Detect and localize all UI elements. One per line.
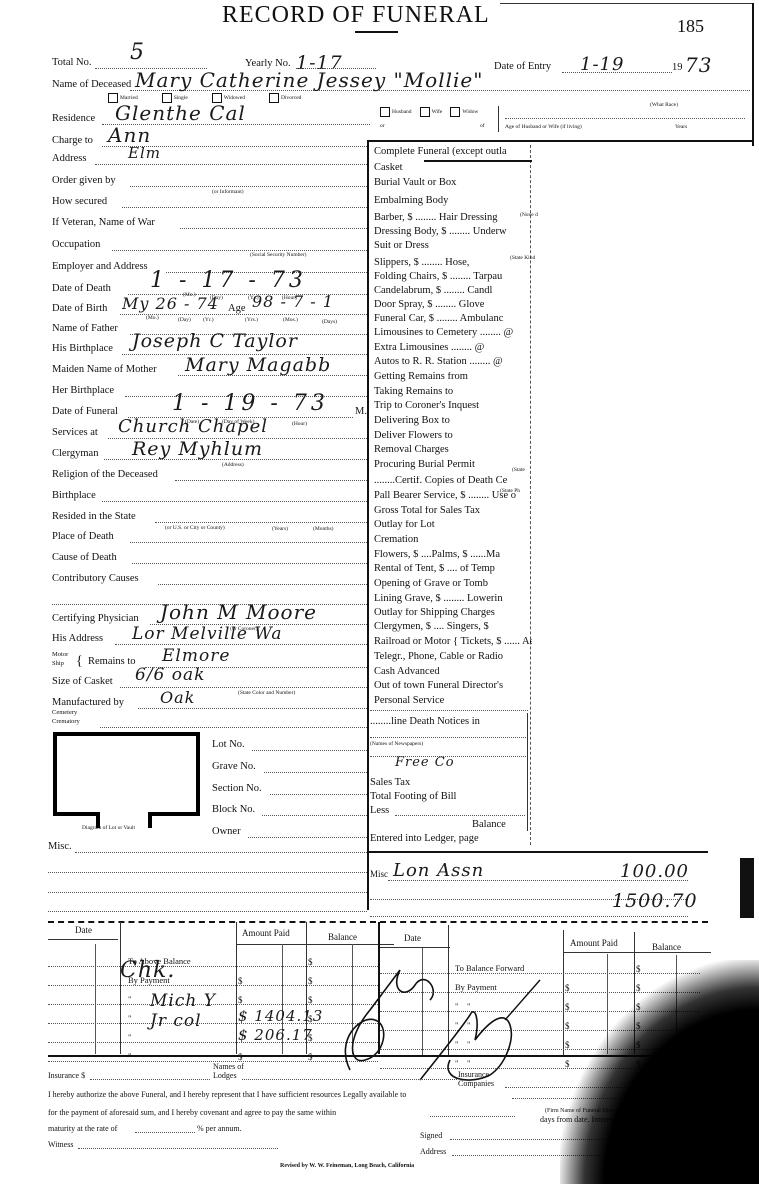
charge-item[interactable]: Cash Advanced xyxy=(374,667,532,678)
charge-item[interactable]: Clergymen, $ .... Singers, $ xyxy=(374,622,532,633)
payment-desc: " xyxy=(128,1013,131,1023)
charge-item[interactable]: Slippers, $ ........ Hose, xyxy=(374,258,532,269)
charge-item[interactable]: Personal Service xyxy=(374,696,532,707)
panel-left-border xyxy=(367,140,369,910)
maiden-name-value[interactable]: Mary Magabb xyxy=(185,356,331,375)
charge-item[interactable]: ........Certif. Copies of Death Ce xyxy=(374,476,532,487)
clergyman-label: Clergyman xyxy=(52,449,98,460)
age-label: Age xyxy=(228,304,246,315)
sales-tax-label: Sales Tax xyxy=(370,778,410,789)
age-yrs-note: (Yrs.) xyxy=(245,318,258,324)
section-no-label: Section No. xyxy=(212,784,262,795)
year-value[interactable]: 73 xyxy=(685,55,712,75)
cause-of-death-field[interactable] xyxy=(132,563,367,564)
charge-item[interactable]: Removal Charges xyxy=(374,445,532,456)
misc-label: Misc. xyxy=(48,842,72,853)
charge-item[interactable]: Extra Limousines ........ @ xyxy=(374,343,532,354)
block-no-label: Block No. xyxy=(212,805,255,816)
authorization-line-1: I hereby authorize the above Funeral, an… xyxy=(48,1090,406,1099)
date-of-death-label: Date of Death xyxy=(52,284,111,295)
spouse-group: Husband Wife Widow xyxy=(380,107,478,117)
misc-right-line xyxy=(388,880,688,881)
religion-field[interactable] xyxy=(175,480,367,481)
charge-item[interactable]: Getting Remains from xyxy=(374,372,532,383)
occupation-label: Occupation xyxy=(52,240,100,251)
charge-item[interactable]: Autos to R. R. Station ........ @ xyxy=(374,357,532,368)
date-of-funeral-value[interactable]: 1 - 19 - 73 xyxy=(172,393,329,415)
payment-balance[interactable]: $ xyxy=(308,1014,313,1024)
state-ph-note: (State Ph xyxy=(500,489,520,495)
resided-field[interactable] xyxy=(155,522,367,523)
manufactured-line xyxy=(138,708,367,709)
his-address-label: His Address xyxy=(52,634,103,645)
total-footing-label: Total Footing of Bill xyxy=(370,792,456,803)
payment-row[interactable] xyxy=(48,966,378,967)
charge-item[interactable]: Out of town Funeral Director's xyxy=(374,681,532,692)
misc-right-total[interactable]: 1500.70 xyxy=(612,892,698,911)
veteran-war-label: If Veteran, Name of War xyxy=(52,218,155,229)
left-payment-hw-4[interactable]: Jr col xyxy=(150,1013,202,1030)
place-of-death-field[interactable] xyxy=(130,542,367,543)
of-label: of xyxy=(480,124,485,130)
her-birthplace-label: Her Birthplace xyxy=(52,386,114,397)
left-col-2 xyxy=(236,922,237,1054)
certifying-physician-label: Certifying Physician xyxy=(52,614,139,625)
charge-to-label: Charge to xyxy=(52,136,93,147)
owner-field[interactable] xyxy=(248,837,367,838)
payment-amount[interactable]: $ xyxy=(238,1052,243,1062)
contributory-causes-field[interactable] xyxy=(158,584,367,585)
misc-right-entry[interactable]: Lon Assn xyxy=(393,862,484,880)
certifying-physician-value[interactable]: John M Moore xyxy=(160,602,317,622)
right-date-rule xyxy=(380,947,450,948)
place-of-death-label: Place of Death xyxy=(52,532,114,543)
resided-in-state-label: Resided in the State xyxy=(52,512,136,523)
charge-item[interactable]: Door Spray, $ ........ Glove xyxy=(374,300,532,311)
payment-balance[interactable]: $ xyxy=(308,1033,313,1043)
checkbox-husband[interactable]: Husband xyxy=(380,107,412,117)
his-address-value[interactable]: Lor Melville Wa xyxy=(132,626,282,643)
insurance-companies-label-1: Insurance xyxy=(458,1070,489,1079)
charge-item[interactable]: Procuring Burial Permit xyxy=(374,460,532,471)
signature-scribble xyxy=(330,960,570,1090)
grave-no-field[interactable] xyxy=(264,772,367,773)
scan-edge xyxy=(740,858,754,918)
age-of-spouse-label: Age of Husband or Wife (if living) xyxy=(505,125,582,131)
date-of-birth-label: Date of Birth xyxy=(52,304,107,315)
charge-item[interactable]: Cremation xyxy=(374,535,532,546)
misc-right-line-3 xyxy=(370,916,688,917)
per-annum-label: % per annum. xyxy=(197,1124,242,1133)
charge-to-value[interactable]: Ann xyxy=(108,125,151,145)
what-race-note: (What Race) xyxy=(650,103,678,109)
right-balance-header: Balance xyxy=(652,942,681,952)
clergyman-value[interactable]: Rey Myhlum xyxy=(132,440,263,459)
address-line xyxy=(95,164,367,165)
address-label: Address xyxy=(52,154,86,165)
resided-note-1: (or U.S. or City or County) xyxy=(165,526,225,532)
charge-item[interactable]: Suit or Dress xyxy=(374,241,532,252)
diagram-left-foot xyxy=(53,812,100,816)
lot-no-field[interactable] xyxy=(252,750,367,751)
how-secured-field[interactable] xyxy=(122,207,367,208)
his-birthplace-value[interactable]: Joseph C Taylor xyxy=(132,332,298,351)
cause-of-death-label: Cause of Death xyxy=(52,553,117,564)
right-date-header: Date xyxy=(404,933,421,943)
crematory-label: Crematory xyxy=(52,719,80,726)
charge-item[interactable]: Taking Remains to xyxy=(374,387,532,398)
insurance-companies-label-2: Companies xyxy=(458,1079,494,1088)
payment-amount[interactable]: $ 206.17 xyxy=(238,1028,313,1043)
left-amount-rule xyxy=(236,944,394,945)
meridiem: M. xyxy=(355,407,367,418)
state-kind-note: (State Kind xyxy=(510,256,535,262)
charge-item[interactable]: Rental of Tent, $ .... of Temp xyxy=(374,564,532,575)
payment-balance[interactable]: $ xyxy=(308,957,313,967)
ledger-bottom-border xyxy=(368,851,708,853)
charge-item[interactable]: Deliver Flowers to xyxy=(374,431,532,442)
charge-item[interactable]: Opening of Grave or Tomb xyxy=(374,579,532,590)
charge-item[interactable]: Embalming Body xyxy=(374,196,532,207)
date-of-funeral-label: Date of Funeral xyxy=(52,407,118,418)
balance-label: Balance xyxy=(472,820,506,831)
his-address-line xyxy=(115,644,367,645)
less-line xyxy=(395,815,525,816)
authorization-line-2: for the payment of aforesaid sum, and I … xyxy=(48,1108,336,1117)
lot-diagram xyxy=(53,732,200,816)
days-field[interactable] xyxy=(430,1116,515,1117)
brace xyxy=(498,106,499,132)
payment-row[interactable] xyxy=(48,985,378,986)
checkbox-widow[interactable]: Widow xyxy=(450,107,478,117)
charge-item[interactable]: Railroad or Motor { Tickets, $ ...... Ae… xyxy=(374,637,532,648)
cemetery-label: Cemetery xyxy=(52,710,77,717)
block-no-field[interactable] xyxy=(262,815,367,816)
left-date-rule xyxy=(48,939,118,940)
birthplace-field[interactable] xyxy=(102,501,367,502)
extra-line xyxy=(370,710,528,711)
charge-item[interactable]: Dressing Body, $ ........ Underw xyxy=(374,227,532,238)
address-note: (Address) xyxy=(222,463,244,469)
remains-to-label: Remains to xyxy=(88,657,136,668)
date-of-entry-value[interactable]: 1-19 xyxy=(580,56,624,74)
payment-amount[interactable]: $ xyxy=(238,976,243,986)
insurance-field[interactable] xyxy=(90,1079,210,1080)
charge-item[interactable]: Outlay for Lot xyxy=(374,520,532,531)
death-notices-label: ........line Death Notices in xyxy=(370,717,480,728)
order-given-by-label: Order given by xyxy=(52,176,116,187)
size-of-casket-label: Size of Casket xyxy=(52,677,113,688)
revised-credit: Revised by W. W. Feineman, Long Beach, C… xyxy=(280,1163,414,1169)
date-of-entry-label: Date of Entry xyxy=(494,62,551,73)
charge-item[interactable]: Delivering Box to xyxy=(374,416,532,427)
payment-balance[interactable]: $ xyxy=(308,1052,313,1062)
ledger-label: Entered into Ledger, page xyxy=(370,834,479,845)
payment-row[interactable] xyxy=(48,1042,378,1043)
services-at-value[interactable]: Church Chapel xyxy=(118,418,268,436)
signed-label: Signed xyxy=(420,1131,442,1140)
left-balance-header: Balance xyxy=(328,932,357,942)
owner-label: Owner xyxy=(212,827,241,838)
insurance-label: Insurance $ xyxy=(48,1071,85,1080)
right-amount-header: Amount Paid xyxy=(570,938,618,948)
header-underline xyxy=(424,160,532,162)
rate-field[interactable] xyxy=(135,1132,195,1133)
dob-mo-note: (Mo.) xyxy=(146,316,159,322)
race-line xyxy=(505,118,745,119)
maiden-name-label: Maiden Name of Mother xyxy=(52,365,157,376)
charge-item[interactable]: Flowers, $ ....Palms, $ ......Ma xyxy=(374,550,532,561)
left-payment-hw-1[interactable]: Chk. xyxy=(120,960,175,982)
newspapers-value[interactable]: Free Co xyxy=(395,756,455,769)
resided-note-3: (Months) xyxy=(313,527,333,533)
charge-item[interactable]: Candelabrum, $ ........ Candl xyxy=(374,286,532,297)
name-of-deceased-value[interactable]: Mary Catherine Jessey "Mollie" xyxy=(135,70,483,90)
misc-field-4[interactable] xyxy=(48,911,367,912)
birthplace-label: Birthplace xyxy=(52,491,96,502)
newspapers-line xyxy=(370,737,526,738)
residence-label: Residence xyxy=(52,114,95,125)
total-no-label: Total No. xyxy=(52,58,92,69)
resided-note-2: (Years) xyxy=(272,527,288,533)
none-note: (None d xyxy=(520,213,538,219)
his-birthplace-label: His Birthplace xyxy=(52,344,113,355)
left-amount-header: Amount Paid xyxy=(242,928,290,938)
charge-item[interactable]: Funeral Car, $ ........ Ambulanc xyxy=(374,314,532,325)
left-payment-hw-3[interactable]: Mich Y xyxy=(150,993,216,1010)
charge-item[interactable]: Limousines to Cemetery ........ @ xyxy=(374,328,532,339)
ship-label: Ship xyxy=(52,661,64,668)
document-title: RECORD OF FUNERAL xyxy=(222,2,490,29)
address-footer-label: Address xyxy=(420,1147,446,1156)
newspapers-note: (Names of Newspapers) xyxy=(370,742,423,748)
payment-desc: " xyxy=(128,994,131,1004)
title-underline xyxy=(355,31,398,33)
left-date-header: Date xyxy=(75,925,92,935)
name-of-deceased-label: Name of Deceased xyxy=(52,80,131,91)
misc-right-label: Misc xyxy=(370,870,388,879)
payment-balance[interactable]: $ xyxy=(308,995,313,1005)
order-given-by-field[interactable] xyxy=(130,186,367,187)
or-label: or xyxy=(380,124,385,130)
age-mos-note: (Mos.) xyxy=(283,318,298,324)
informant-note: (or Informant) xyxy=(212,190,244,196)
contributory-causes-label: Contributory Causes xyxy=(52,574,139,585)
misc-field-2[interactable] xyxy=(48,872,367,873)
motor-label: Motor xyxy=(52,652,68,659)
veteran-war-field[interactable] xyxy=(180,228,367,229)
occupation-field[interactable] xyxy=(112,250,367,251)
charge-item[interactable]: Casket xyxy=(374,163,532,174)
diagram-right-leg xyxy=(148,812,152,828)
section-no-field[interactable] xyxy=(270,794,367,795)
names-of-label: Names of xyxy=(213,1062,244,1071)
cemetery-field[interactable] xyxy=(100,727,367,728)
diagram-right-foot xyxy=(148,812,196,816)
grave-no-label: Grave No. xyxy=(212,762,256,773)
page-number: 185 xyxy=(677,16,704,37)
left-col-1 xyxy=(120,922,121,1054)
checkbox-divorced[interactable]: Divorced xyxy=(269,93,301,103)
charge-item[interactable]: Folding Chairs, $ ........ Tarpau xyxy=(374,272,532,283)
lodges-field[interactable] xyxy=(242,1079,457,1080)
charge-item[interactable]: Burial Vault or Box xyxy=(374,178,532,189)
dob-yr-note: (Yr.) xyxy=(203,318,214,324)
casket-line xyxy=(120,687,367,688)
misc-right-amount[interactable]: 100.00 xyxy=(620,863,689,881)
name-of-father-label: Name of Father xyxy=(52,324,118,335)
age-value[interactable]: 98 - 7 - 1 xyxy=(252,294,334,310)
diagram-caption: Diagram of Lot or Vault xyxy=(82,826,135,832)
employer-label: Employer and Address xyxy=(52,262,148,273)
dob-day-note: (Day) xyxy=(178,318,191,324)
complete-funeral-header: Complete Funeral (except outla xyxy=(374,147,507,158)
maturity-label: maturity at the rate of xyxy=(48,1124,117,1133)
residence-value[interactable]: Glenthe Cal xyxy=(115,103,246,123)
year-prefix: 19 xyxy=(672,63,683,74)
witness-field[interactable] xyxy=(78,1148,278,1149)
less-label: Less xyxy=(370,806,389,817)
charge-item[interactable]: Lining Grave, $ ........ Lowerin xyxy=(374,594,532,605)
scan-shadow xyxy=(560,960,759,1184)
brace-glyph: { xyxy=(76,655,83,669)
date-of-birth-value[interactable]: My 26 - 74 xyxy=(122,296,219,312)
manufactured-by-value[interactable]: Oak xyxy=(160,690,195,706)
how-secured-label: How secured xyxy=(52,197,107,208)
date-of-death-value[interactable]: 1 - 17 - 73 xyxy=(150,270,307,292)
top-border xyxy=(500,3,753,4)
charge-item[interactable]: Barber, $ ........ Hair Dressing xyxy=(374,213,532,224)
years-label: Years xyxy=(675,125,687,131)
notices-box-right xyxy=(527,713,528,831)
address-value[interactable]: Elm xyxy=(128,146,161,161)
charge-item[interactable]: Telegr., Phone, Cable or Radio xyxy=(374,652,532,663)
state-note: (State xyxy=(512,468,525,474)
remains-to-value[interactable]: Elmore xyxy=(162,648,230,665)
header-bottom-border xyxy=(368,140,754,142)
age-days-note: (Days) xyxy=(322,320,337,326)
manufactured-by-label: Manufactured by xyxy=(52,698,124,709)
total-no-value[interactable]: 5 xyxy=(130,42,145,64)
right-amount-rule xyxy=(563,952,711,953)
charge-item[interactable]: Trip to Coroner's Inquest xyxy=(374,401,532,412)
lot-no-label: Lot No. xyxy=(212,740,245,751)
size-of-casket-value[interactable]: 6/6 oak xyxy=(135,667,205,684)
checkbox-wife[interactable]: Wife xyxy=(420,107,443,117)
left-col-0 xyxy=(95,944,96,1054)
state-color-note: (State Color and Number) xyxy=(238,691,295,697)
misc-field-1[interactable] xyxy=(75,852,367,853)
religion-label: Religion of the Deceased xyxy=(52,470,158,481)
lodges-label: Lodges xyxy=(213,1071,237,1080)
payment-amount[interactable]: $ xyxy=(238,995,243,1005)
misc-field-3[interactable] xyxy=(48,892,367,893)
witness-label: Witness xyxy=(48,1140,73,1149)
charge-item[interactable]: Outlay for Shipping Charges xyxy=(374,608,532,619)
funeral-hour-note: (Hour) xyxy=(292,422,307,428)
payment-row[interactable] xyxy=(48,1023,378,1024)
services-at-label: Services at xyxy=(52,428,98,439)
payment-desc: " xyxy=(128,1032,131,1042)
payment-balance[interactable]: $ xyxy=(308,976,313,986)
ssn-note: (Social Security Number) xyxy=(250,253,307,259)
right-border xyxy=(752,3,754,146)
charge-item[interactable]: Gross Total for Sales Tax xyxy=(374,506,532,517)
